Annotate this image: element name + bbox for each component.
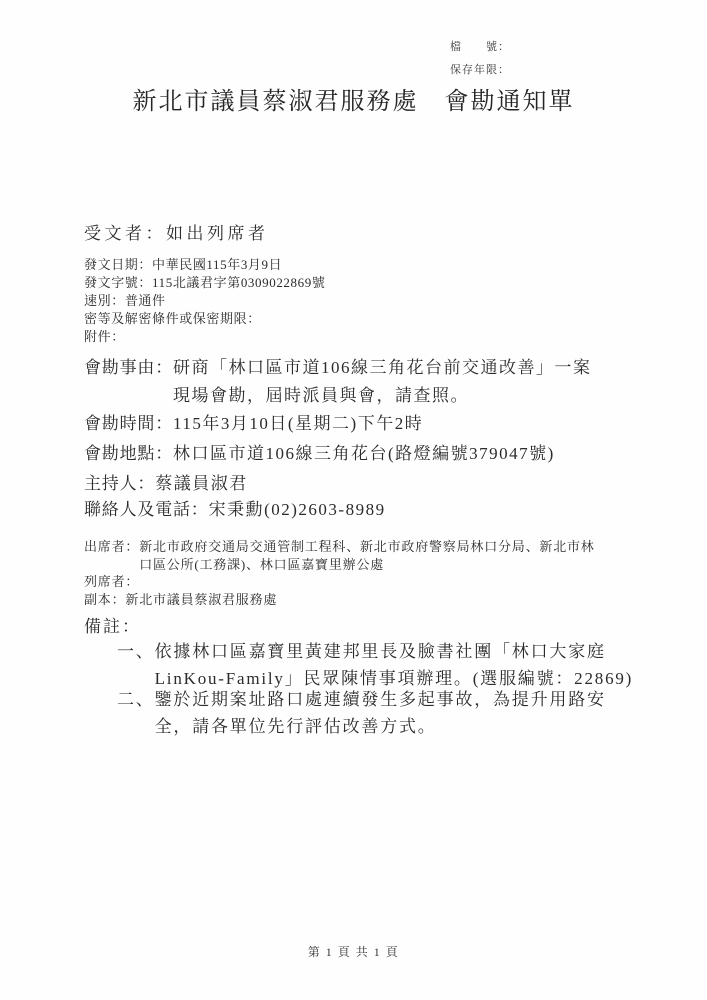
attachment-row: 附件： [84, 328, 325, 346]
inspection-subject-line-2: 現場會勘，屆時派員與會，請查照。 [173, 382, 592, 410]
participants-block: 出席者： 新北市政府交通局交通管制工程科、新北市政府警察局林口分局、新北市林 口… [84, 538, 595, 608]
speed-class-label: 速別： [84, 293, 125, 308]
copy-label: 副本： [84, 591, 125, 609]
file-number-label: 檔 號： [450, 36, 510, 59]
inspection-location-value: 林口區市道106線三角花台(路燈編號379047號) [173, 440, 555, 468]
inspection-time-value: 115年3月10日(星期二)下午2時 [173, 410, 423, 438]
contact-label: 聯絡人及電話： [84, 496, 209, 524]
security-class-row: 密等及解密條件或保密期限： [84, 310, 325, 328]
inspection-time-row: 會勘時間： 115年3月10日(星期二)下午2時 [84, 410, 423, 438]
attendees-line-1: 新北市政府交通局交通管制工程科、新北市政府警察局林口分局、新北市林 [139, 538, 594, 556]
remark-item-1: 一、 依據林口區嘉寶里黃建邦里長及臉書社團「林口大家庭 LinKou-Famil… [117, 638, 633, 692]
attendees-label: 出席者： [84, 538, 139, 556]
host-row: 主持人： 蔡議員淑君 [84, 470, 248, 498]
inspection-location-label: 會勘地點： [84, 440, 173, 468]
remarks-label: 備註： [84, 612, 141, 637]
attendees-value: 新北市政府交通局交通管制工程科、新北市政府警察局林口分局、新北市林 口區公所(工… [139, 538, 594, 573]
inspection-subject-row: 會勘事由： 研商「林口區市道106線三角花台前交通改善」一案 現場會勘，屆時派員… [84, 354, 592, 410]
inspection-subject-line-1: 研商「林口區市道106線三角花台前交通改善」一案 [173, 354, 592, 382]
host-value: 蔡議員淑君 [155, 470, 248, 498]
page-footer: 第 1 頁 共 1 頁 [0, 943, 707, 960]
remark-2-line-1: 鑒於近期案址路口處連續發生多起事故，為提升用路安 [155, 686, 606, 713]
issue-date-row: 發文日期：中華民國115年3月9日 [84, 256, 325, 274]
attendees-row: 出席者： 新北市政府交通局交通管制工程科、新北市政府警察局林口分局、新北市林 口… [84, 538, 595, 573]
doc-number-value: 115北議君字第0309022869號 [152, 275, 325, 290]
inspection-subject-label: 會勘事由： [84, 354, 173, 382]
document-page: 檔 號： 保存年限： 新北市議員蔡淑君服務處 會勘通知單 受文者：如出列席者 發… [0, 0, 707, 1000]
inspection-subject-value: 研商「林口區市道106線三角花台前交通改善」一案 現場會勘，屆時派員與會，請查照… [173, 354, 592, 410]
inspection-location-row: 會勘地點： 林口區市道106線三角花台(路燈編號379047號) [84, 440, 555, 468]
recipient-label: 受文者： [84, 224, 166, 243]
issue-date-label: 發文日期： [84, 257, 152, 272]
doc-number-row: 發文字號：115北議君字第0309022869號 [84, 274, 325, 292]
meta-block: 發文日期：中華民國115年3月9日 發文字號：115北議君字第030902286… [84, 256, 325, 346]
attendees-line-2: 口區公所(工務課)、林口區嘉寶里辦公處 [139, 556, 594, 574]
attachment-label: 附件： [84, 329, 125, 344]
file-header-block: 檔 號： 保存年限： [450, 36, 510, 82]
contact-row: 聯絡人及電話： 宋秉勳(02)2603-8989 [84, 496, 386, 524]
copy-row: 副本： 新北市議員蔡淑君服務處 [84, 591, 595, 609]
remark-2-number: 二、 [117, 686, 155, 713]
recipient-value: 如出列席者 [166, 224, 269, 243]
copy-value: 新北市議員蔡淑君服務處 [125, 591, 277, 609]
retention-period-label: 保存年限： [450, 59, 510, 82]
security-class-label: 密等及解密條件或保密期限： [84, 311, 261, 326]
remark-item-2: 二、 鑒於近期案址路口處連續發生多起事故，為提升用路安 全，請各單位先行評估改善… [117, 686, 606, 740]
inspection-time-label: 會勘時間： [84, 410, 173, 438]
remark-2-line-2: 全，請各單位先行評估改善方式。 [155, 713, 606, 740]
issue-date-value: 中華民國115年3月9日 [152, 257, 282, 272]
speed-class-row: 速別：普通件 [84, 292, 325, 310]
remark-1-text: 依據林口區嘉寶里黃建邦里長及臉書社團「林口大家庭 LinKou-Family」民… [155, 638, 634, 692]
observers-row: 列席者： [84, 573, 595, 591]
recipient-line: 受文者：如出列席者 [84, 219, 269, 244]
remark-1-number: 一、 [117, 638, 155, 665]
doc-number-label: 發文字號： [84, 275, 152, 290]
remark-1-line-1: 依據林口區嘉寶里黃建邦里長及臉書社團「林口大家庭 [155, 638, 634, 665]
speed-class-value: 普通件 [125, 293, 166, 308]
document-title: 新北市議員蔡淑君服務處 會勘通知單 [0, 81, 707, 116]
remark-2-text: 鑒於近期案址路口處連續發生多起事故，為提升用路安 全，請各單位先行評估改善方式。 [155, 686, 606, 740]
host-label: 主持人： [84, 470, 155, 498]
contact-value: 宋秉勳(02)2603-8989 [209, 496, 386, 524]
